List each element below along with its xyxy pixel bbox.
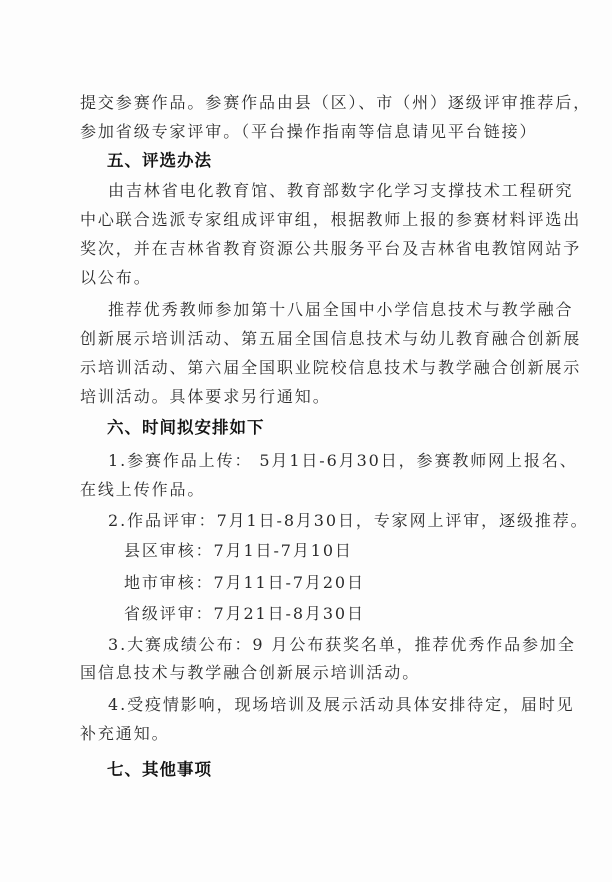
list-item-line: 3.大赛成绩公布：9 月公布获奖名单，推荐优秀作品参加全 bbox=[108, 635, 568, 655]
list-item-line: 国信息技术与教学融合创新展示培训活动。 bbox=[80, 663, 540, 683]
list-item-line: 4.受疫情影响，现场培训及展示活动具体安排待定，届时见 bbox=[108, 695, 568, 715]
document-page: 提交参赛作品。参赛作品由县（区）、市（州）逐级评审推荐后， 参加省级专家评审。（… bbox=[0, 0, 612, 882]
paragraph-line: 培训活动。具体要求另行通知。 bbox=[80, 387, 540, 407]
schedule-sub-item: 省级评审：7月21日-8月30日 bbox=[124, 604, 584, 624]
paragraph-line: 奖次，并在吉林省教育资源公共服务平台及吉林省电教馆网站予 bbox=[80, 239, 540, 259]
list-item-line: 2.作品评审：7月1日-8月30日，专家网上评审，逐级推荐。 bbox=[108, 511, 568, 531]
list-item-line: 补充通知。 bbox=[80, 724, 540, 744]
section-heading-evaluation-method: 五、评选办法 bbox=[107, 151, 212, 171]
section-heading-schedule: 六、时间拟安排如下 bbox=[107, 418, 265, 438]
paragraph-line: 推荐优秀教师参加第十八届全国中小学信息技术与教学融合 bbox=[108, 300, 568, 320]
schedule-sub-item: 县区审核：7月1日-7月10日 bbox=[124, 541, 584, 561]
paragraph-line: 由吉林省电化教育馆、教育部数字化学习支撑技术工程研究 bbox=[108, 181, 568, 201]
paragraph-line: 提交参赛作品。参赛作品由县（区）、市（州）逐级评审推荐后， bbox=[80, 93, 540, 113]
schedule-sub-item: 地市审核：7月11日-7月20日 bbox=[124, 573, 584, 593]
paragraph-line: 中心联合选派专家组成评审组，根据教师上报的参赛材料评选出 bbox=[80, 210, 540, 230]
paragraph-line: 创新展示培训活动、第五届全国信息技术与幼儿教育融合创新展 bbox=[80, 329, 540, 349]
paragraph-line: 以公布。 bbox=[80, 268, 540, 288]
paragraph-line: 示培训活动、第六届全国职业院校信息技术与教学融合创新展示 bbox=[80, 358, 540, 378]
list-item-line: 1.参赛作品上传： 5月1日-6月30日，参赛教师网上报名、 bbox=[108, 451, 568, 471]
section-heading-other-matters: 七、其他事项 bbox=[107, 760, 212, 780]
list-item-line: 在线上传作品。 bbox=[80, 480, 540, 500]
paragraph-line: 参加省级专家评审。（平台操作指南等信息请见平台链接） bbox=[80, 122, 540, 142]
